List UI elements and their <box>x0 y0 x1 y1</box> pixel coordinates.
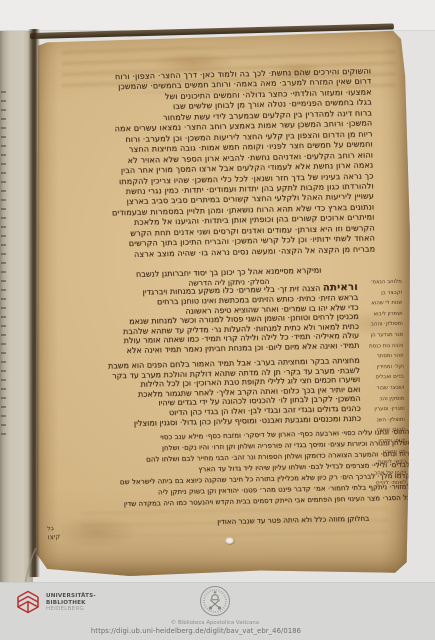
margin-gloss-line: שנות לי שהוא <box>356 298 402 310</box>
margin-gloss-line: מלוהב הנאמ׳ <box>356 277 402 289</box>
section-opening-word: וראיתה <box>323 282 358 294</box>
margin-gloss-line: סגר מגדער הן <box>357 330 403 342</box>
quire-signature-word: קיצו <box>47 532 70 543</box>
library-name-line3: HEIDELBERG <box>46 606 96 613</box>
source-url: https://digi.ub.uni-heidelberg.de/diglit… <box>91 627 301 635</box>
parchment-hole <box>225 537 234 544</box>
library-name-line1: UNIVERSITÄTS- <box>46 593 96 600</box>
scan-viewport: והשוקים והירכים שהם נחשת· לכך בה ולמוד כ… <box>0 0 435 640</box>
final-text-line: בחלוקן מזוזה כלל ולא היתה פטר עד שנבר הא… <box>93 514 369 529</box>
vatican-library-seal-icon <box>198 584 232 618</box>
manuscript-text-area: והשוקים והירכים שהם נחשת· לכך בה ולמוד כ… <box>36 19 422 576</box>
margin-gloss-line: יקום· וסדרין <box>359 436 405 448</box>
margin-gloss-column: מלוהב הנאמ׳וקבצר בןשנות לי שהואושמרון לי… <box>356 277 407 490</box>
margin-gloss-line: כקש· לשנות <box>360 457 406 469</box>
copyright-notice: © Biblioteca Apostolica Vaticana <box>171 620 259 626</box>
text-block-3: מחציתה בבקר ומחציתה בערב· אבל תמיד האמור… <box>84 356 361 429</box>
margin-gloss-line: וזהר ומסתר <box>357 351 403 363</box>
margin-gloss-line: וסגרין· וסערין <box>359 404 405 416</box>
text-block-1: והשוקים והירכים שהם נחשת· לכך בה ולמוד כ… <box>45 66 375 262</box>
quire-signature: בל קיצו <box>47 524 70 543</box>
ub-heidelberg-books-icon <box>14 589 42 617</box>
university-library-logo: UNIVERSITÄTS- BIBLIOTHEK HEIDELBERG <box>14 589 96 617</box>
text-block-4: התוס· ונתנו עליה כסוי· וארבעה כסף· הארון… <box>47 427 411 512</box>
facing-page-text-edge-marks <box>1 91 6 436</box>
margin-gloss-line: ושבצר שבור <box>358 383 404 395</box>
margin-gloss-line: לשנות· לקיים <box>360 478 406 490</box>
digitization-watermark-bar: UNIVERSITÄTS- BIBLIOTHEK HEIDELBERG © Bi… <box>0 582 435 640</box>
library-name: UNIVERSITÄTS- BIBLIOTHEK HEIDELBERG <box>46 589 96 613</box>
binding-gutter-shadow <box>28 29 40 577</box>
library-name-line2: BIBLIOTHEK <box>46 600 96 607</box>
manuscript-page: והשוקים והירכים שהם נחשת· לכך בה ולמוד כ… <box>36 27 410 576</box>
text-block-2: בראש הזית· כתית· כותש הזיתים במכתשת ואינ… <box>102 293 359 356</box>
